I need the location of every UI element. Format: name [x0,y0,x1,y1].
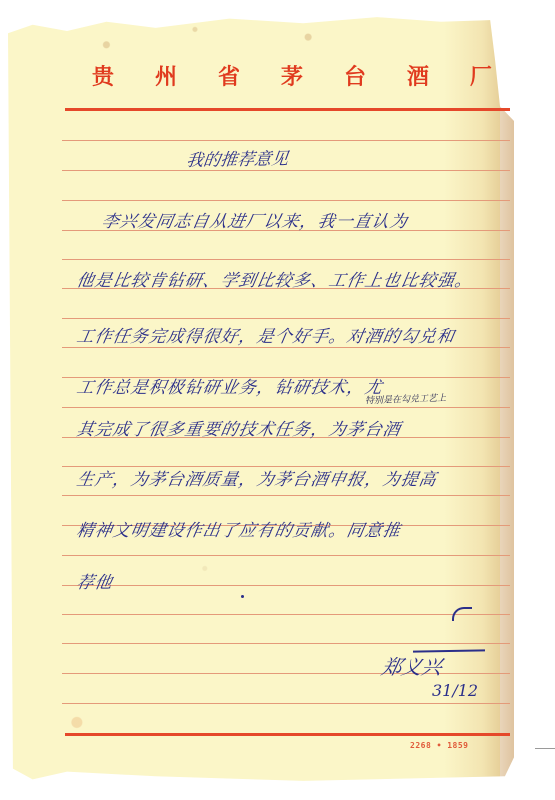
ink-dot [241,595,244,598]
letter-title: 我的推荐意见 [185,144,290,171]
ruled-line [62,555,510,556]
ruled-line [62,200,510,201]
ruled-line [62,614,510,615]
letter-line: 工作任务完成得很好，是个好手。对酒的勾兑和 [75,322,457,347]
letter-line: 荐他 [75,568,115,593]
ruled-line [62,673,510,674]
letterhead-char: 台 [344,60,366,91]
ruled-line [62,347,510,348]
letterhead-rule [65,108,510,111]
letter-line: 李兴发同志自从进厂以来，我一直认为 [100,207,410,232]
signature-flourish [452,607,472,621]
letterhead-char: 省 [218,60,240,91]
paper-edge-stain [444,14,514,784]
letterhead-char: 茅 [281,60,303,91]
ruled-line [62,259,510,260]
letterhead-char: 州 [155,60,177,91]
ruled-line [62,585,510,586]
ruled-line [62,140,510,141]
letter-line: 他是比较肯钻研、学到比较多、工作上也比较强。 [75,266,475,291]
ruled-line [62,495,510,496]
letter-line: 其完成了很多重要的技术任务，为茅台酒 [75,415,403,440]
edge-mark [535,748,555,749]
form-number: 2268 • 1859 [410,741,468,750]
signature: 郑义兴 [379,651,445,680]
ruled-line [62,643,510,644]
letter-line: 生产，为茅台酒质量，为茅台酒申报，为提高 [75,465,439,490]
ruled-line [62,407,510,408]
footer-rule [65,733,510,736]
letterhead-char: 酒 [407,60,429,91]
letterhead-char: 贵 [92,60,114,91]
letter-line: 精神文明建设作出了应有的贡献。同意推 [75,516,403,541]
letterhead: 贵 州 省 茅 台 酒 厂 [92,60,492,91]
ruled-line [62,170,510,171]
letterhead-char: 厂 [470,60,492,91]
letter-date: 31/12 [432,681,478,700]
ruled-line [62,318,510,319]
letter-line: 工作总是积极钻研业务，钻研技术，尤 [75,373,385,398]
ruled-line [62,703,510,704]
